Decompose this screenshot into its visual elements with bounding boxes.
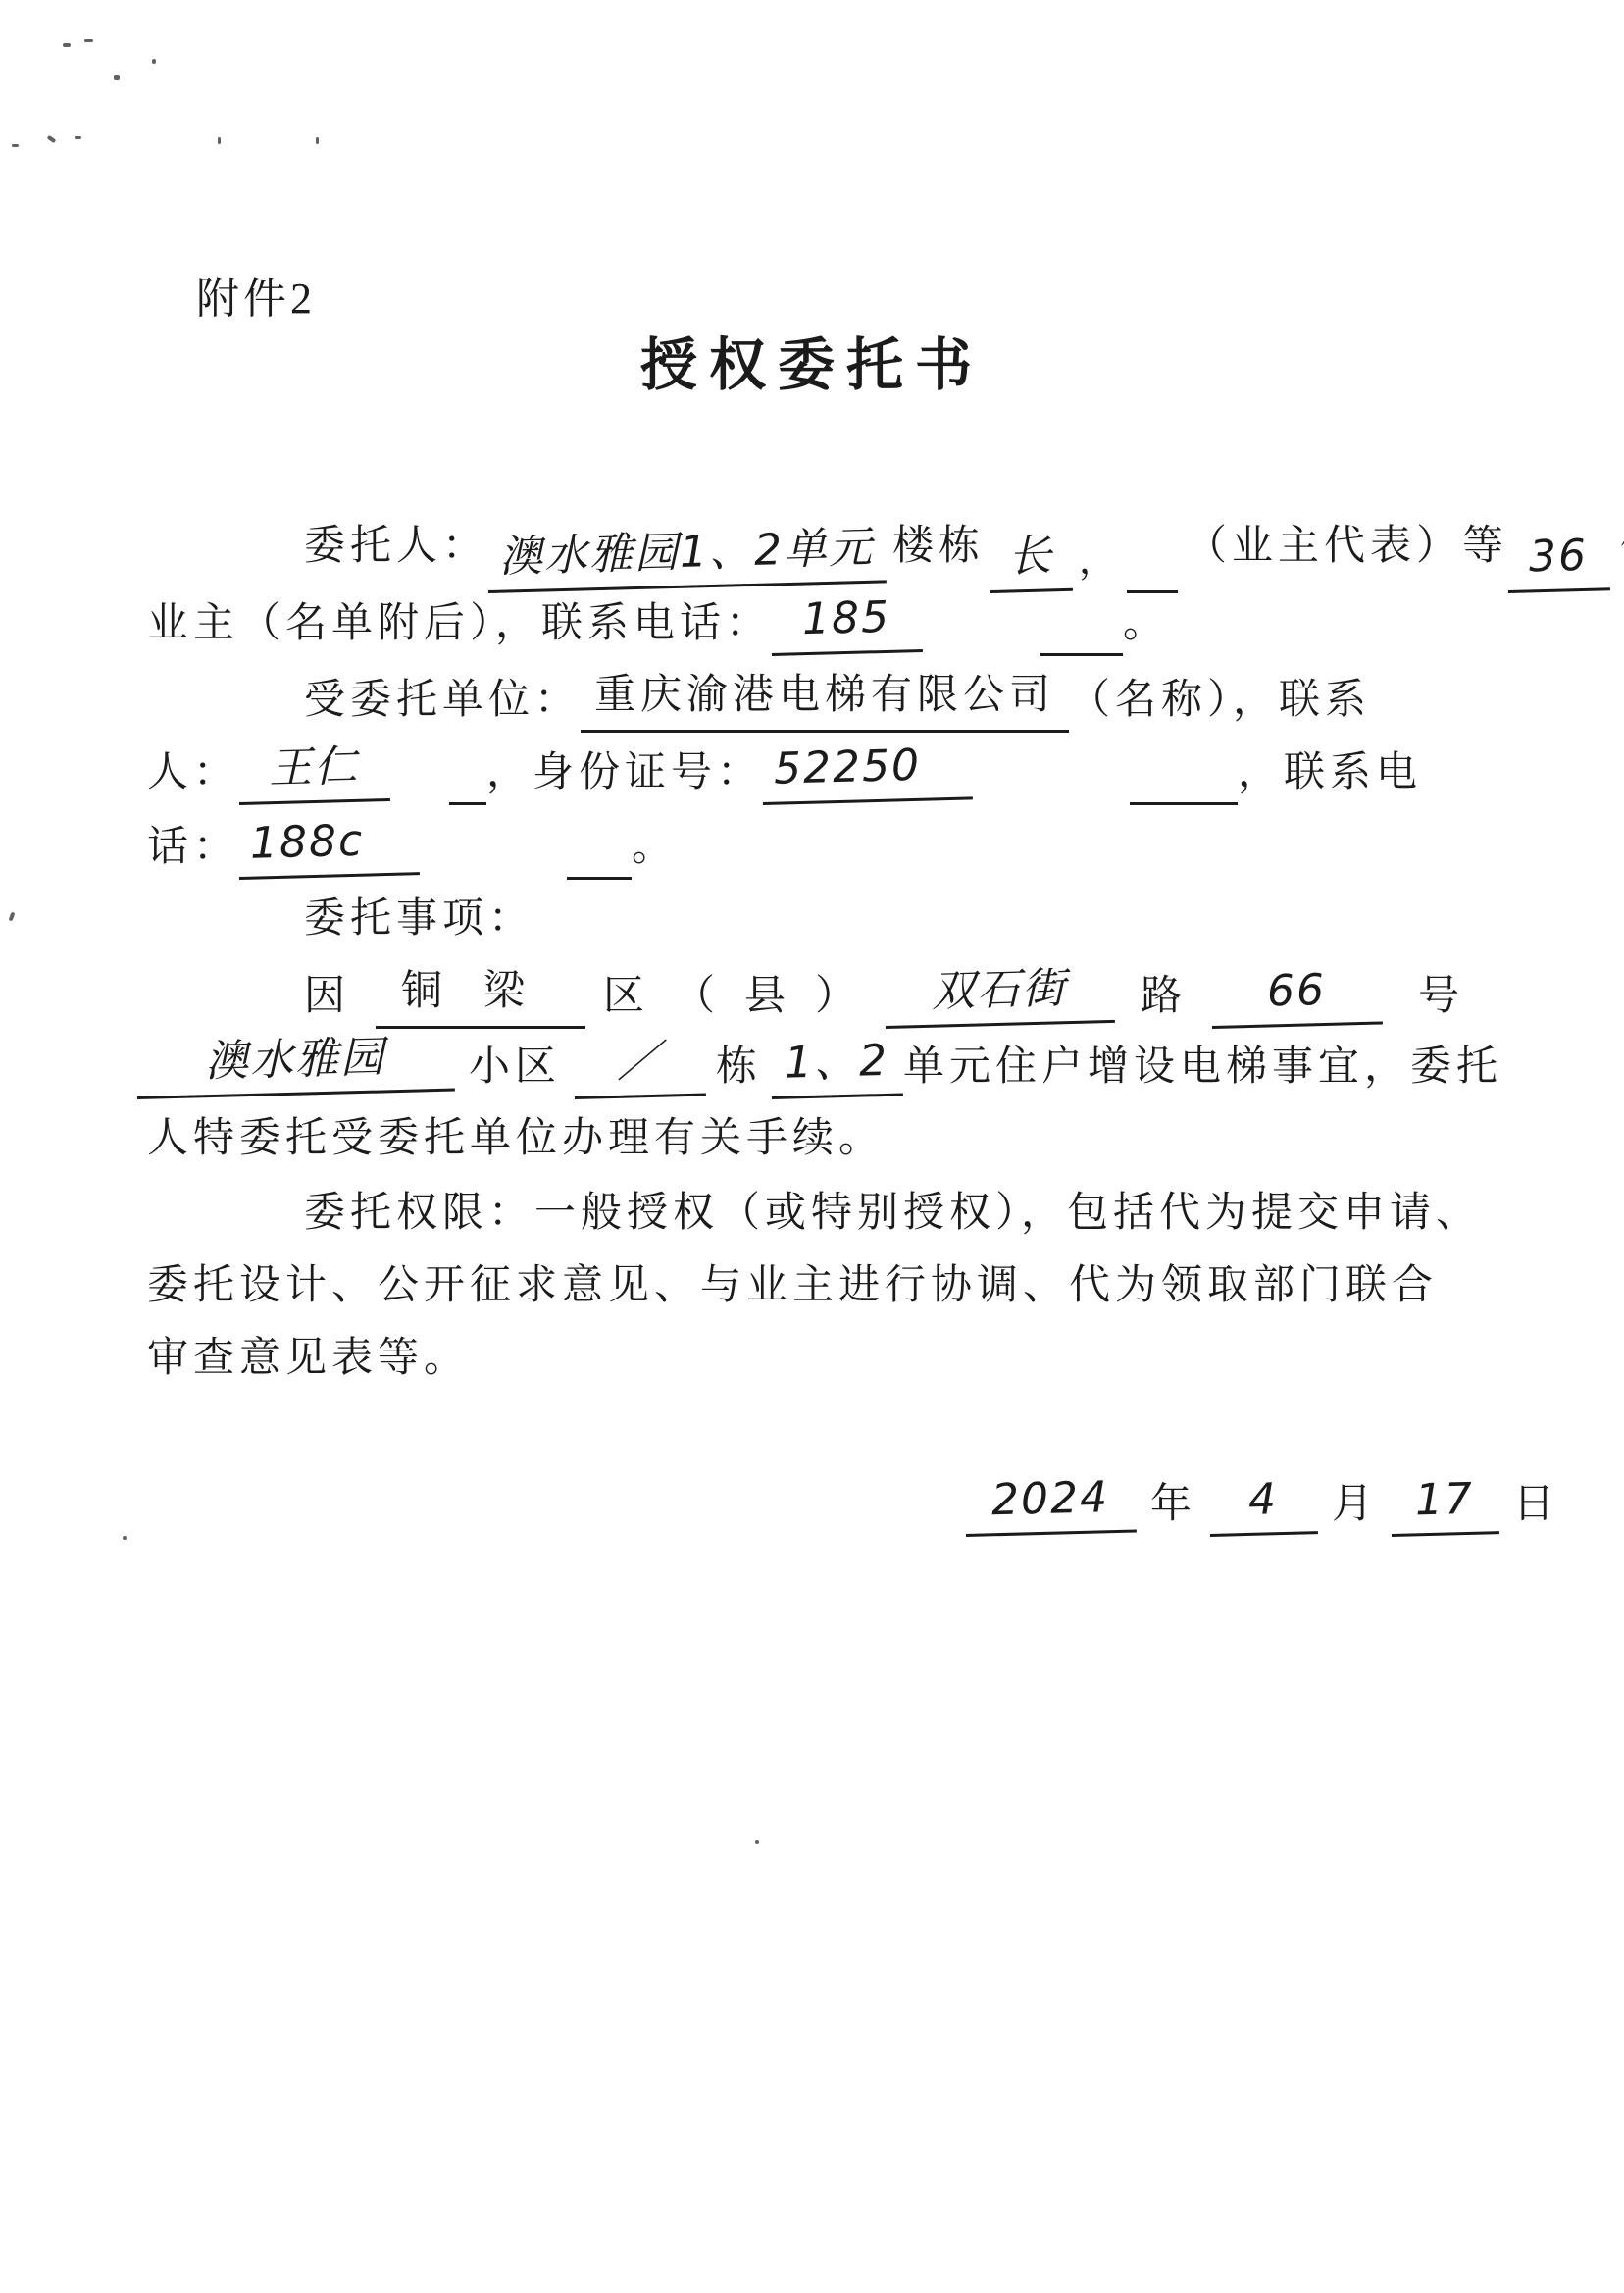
units-handwriting: 1、2 — [770, 1029, 903, 1099]
blank-underline — [1127, 543, 1178, 593]
scan-artifact — [152, 59, 156, 64]
authority-line-1: 委托权限：一般授权（或特别授权），包括代为提交申请、 — [304, 1181, 1482, 1246]
community-suffix-label: 小区 — [469, 1045, 561, 1090]
phone-lead-text: ，联系电 — [1238, 750, 1422, 795]
scan-artifact — [114, 75, 120, 80]
scan-artifact — [84, 39, 93, 42]
agent-line-3: 话：188c。 — [147, 812, 678, 880]
count-unit-label: 位 — [1620, 524, 1624, 569]
period-mark: 。 — [632, 825, 678, 870]
blank-underline — [567, 830, 632, 880]
building-rep-handwriting: 长 — [989, 524, 1073, 593]
principal-line-1: 委托人：澳水雅园1、2单元楼栋长，（业主代表）等36位 — [304, 514, 1624, 593]
month-label: 月 — [1332, 1482, 1378, 1527]
district-suffix-text: 区（县） — [603, 974, 886, 1019]
scan-artifact — [63, 43, 71, 47]
community-name-handwriting: 澳水雅园 — [135, 1024, 455, 1099]
road-number-handwriting: 66 — [1210, 956, 1383, 1029]
year-handwriting: 2024 — [964, 1464, 1137, 1537]
number-suffix-label: 号 — [1418, 974, 1464, 1019]
scan-artifact — [9, 912, 16, 922]
owner-rep-text: （业主代表）等 — [1186, 524, 1508, 569]
agent-label: 受委托单位： — [304, 678, 581, 723]
scan-artifact — [47, 135, 57, 143]
principal-phone-handwriting: 185 — [770, 585, 923, 656]
contact-label: 人： — [147, 750, 239, 795]
scan-artifact — [12, 144, 19, 147]
community-unit-handwriting: 澳水雅园1、2单元 — [486, 515, 887, 593]
attachment-label: 附件2 — [196, 267, 316, 331]
year-label: 年 — [1150, 1482, 1196, 1527]
id-label: ，身份证号： — [486, 750, 763, 795]
matters-line-3: 人特委托受委托单位办理有关手续。 — [147, 1106, 885, 1171]
agent-line-2: 人：王仁，身份证号：52250，联系电 — [147, 738, 1422, 805]
contact-name-handwriting: 王仁 — [237, 734, 390, 805]
principal-label: 委托人： — [304, 524, 488, 569]
agent-phone-handwriting: 188c — [237, 807, 420, 880]
day-handwriting: 17 — [1390, 1466, 1499, 1537]
agent-line-1: 受委托单位：重庆渝港电梯有限公司（名称），联系 — [304, 663, 1371, 733]
stray-comma-mark: ， — [1079, 529, 1121, 593]
scan-artifact — [218, 137, 221, 144]
matters-line-1: 因铜梁区（县）双石街路66号 — [304, 959, 1464, 1029]
building-label: 楼栋 — [892, 524, 985, 569]
road-label: 路 — [1141, 974, 1187, 1019]
period-mark: 。 — [1123, 601, 1169, 646]
blank-underline — [1130, 755, 1238, 805]
building-number-handwriting: ／ — [573, 1029, 706, 1099]
agent-company-name: 重庆渝港电梯有限公司 — [581, 663, 1069, 733]
scan-artifact — [755, 1840, 759, 1844]
authority-line-3: 审查意见表等。 — [147, 1326, 470, 1391]
blank-underline — [1040, 606, 1123, 656]
authority-line-2: 委托设计、公开征求意见、与业主进行协调、代为领取部门联合 — [147, 1253, 1438, 1318]
matters-line-2: 澳水雅园小区／栋1、2单元住户增设电梯事宜，委托 — [137, 1032, 1502, 1099]
owner-count-handwriting: 36 — [1506, 523, 1610, 593]
matters-tail-text: 单元住户增设电梯事宜，委托 — [903, 1045, 1502, 1090]
building-suffix-label: 栋 — [716, 1045, 762, 1090]
principal-line-2: 业主（名单附后），联系电话：185。 — [147, 588, 1169, 656]
scan-artifact — [316, 137, 319, 144]
blank-underline — [449, 755, 486, 805]
scanned-document-page: 附件2 授权委托书 委托人：澳水雅园1、2单元楼栋长，（业主代表）等36位 业主… — [0, 0, 1624, 2293]
scan-artifact — [75, 136, 81, 139]
street-handwriting: 双石街 — [884, 955, 1115, 1029]
because-text: 因 — [304, 974, 350, 1019]
agent-name-suffix: （名称），联系 — [1069, 678, 1371, 723]
document-title: 授权委托书 — [0, 333, 1624, 398]
date-line: 2024年4月17日 — [966, 1469, 1559, 1537]
id-number-handwriting: 52250 — [761, 732, 973, 805]
day-label: 日 — [1513, 1482, 1559, 1527]
owners-contact-text: 业主（名单附后），联系电话： — [147, 601, 772, 646]
district-name: 铜梁 — [376, 959, 585, 1029]
month-handwriting: 4 — [1208, 1466, 1318, 1537]
phone-label: 话： — [147, 825, 239, 870]
scan-artifact — [123, 1536, 127, 1540]
matters-heading: 委托事项： — [304, 887, 534, 951]
